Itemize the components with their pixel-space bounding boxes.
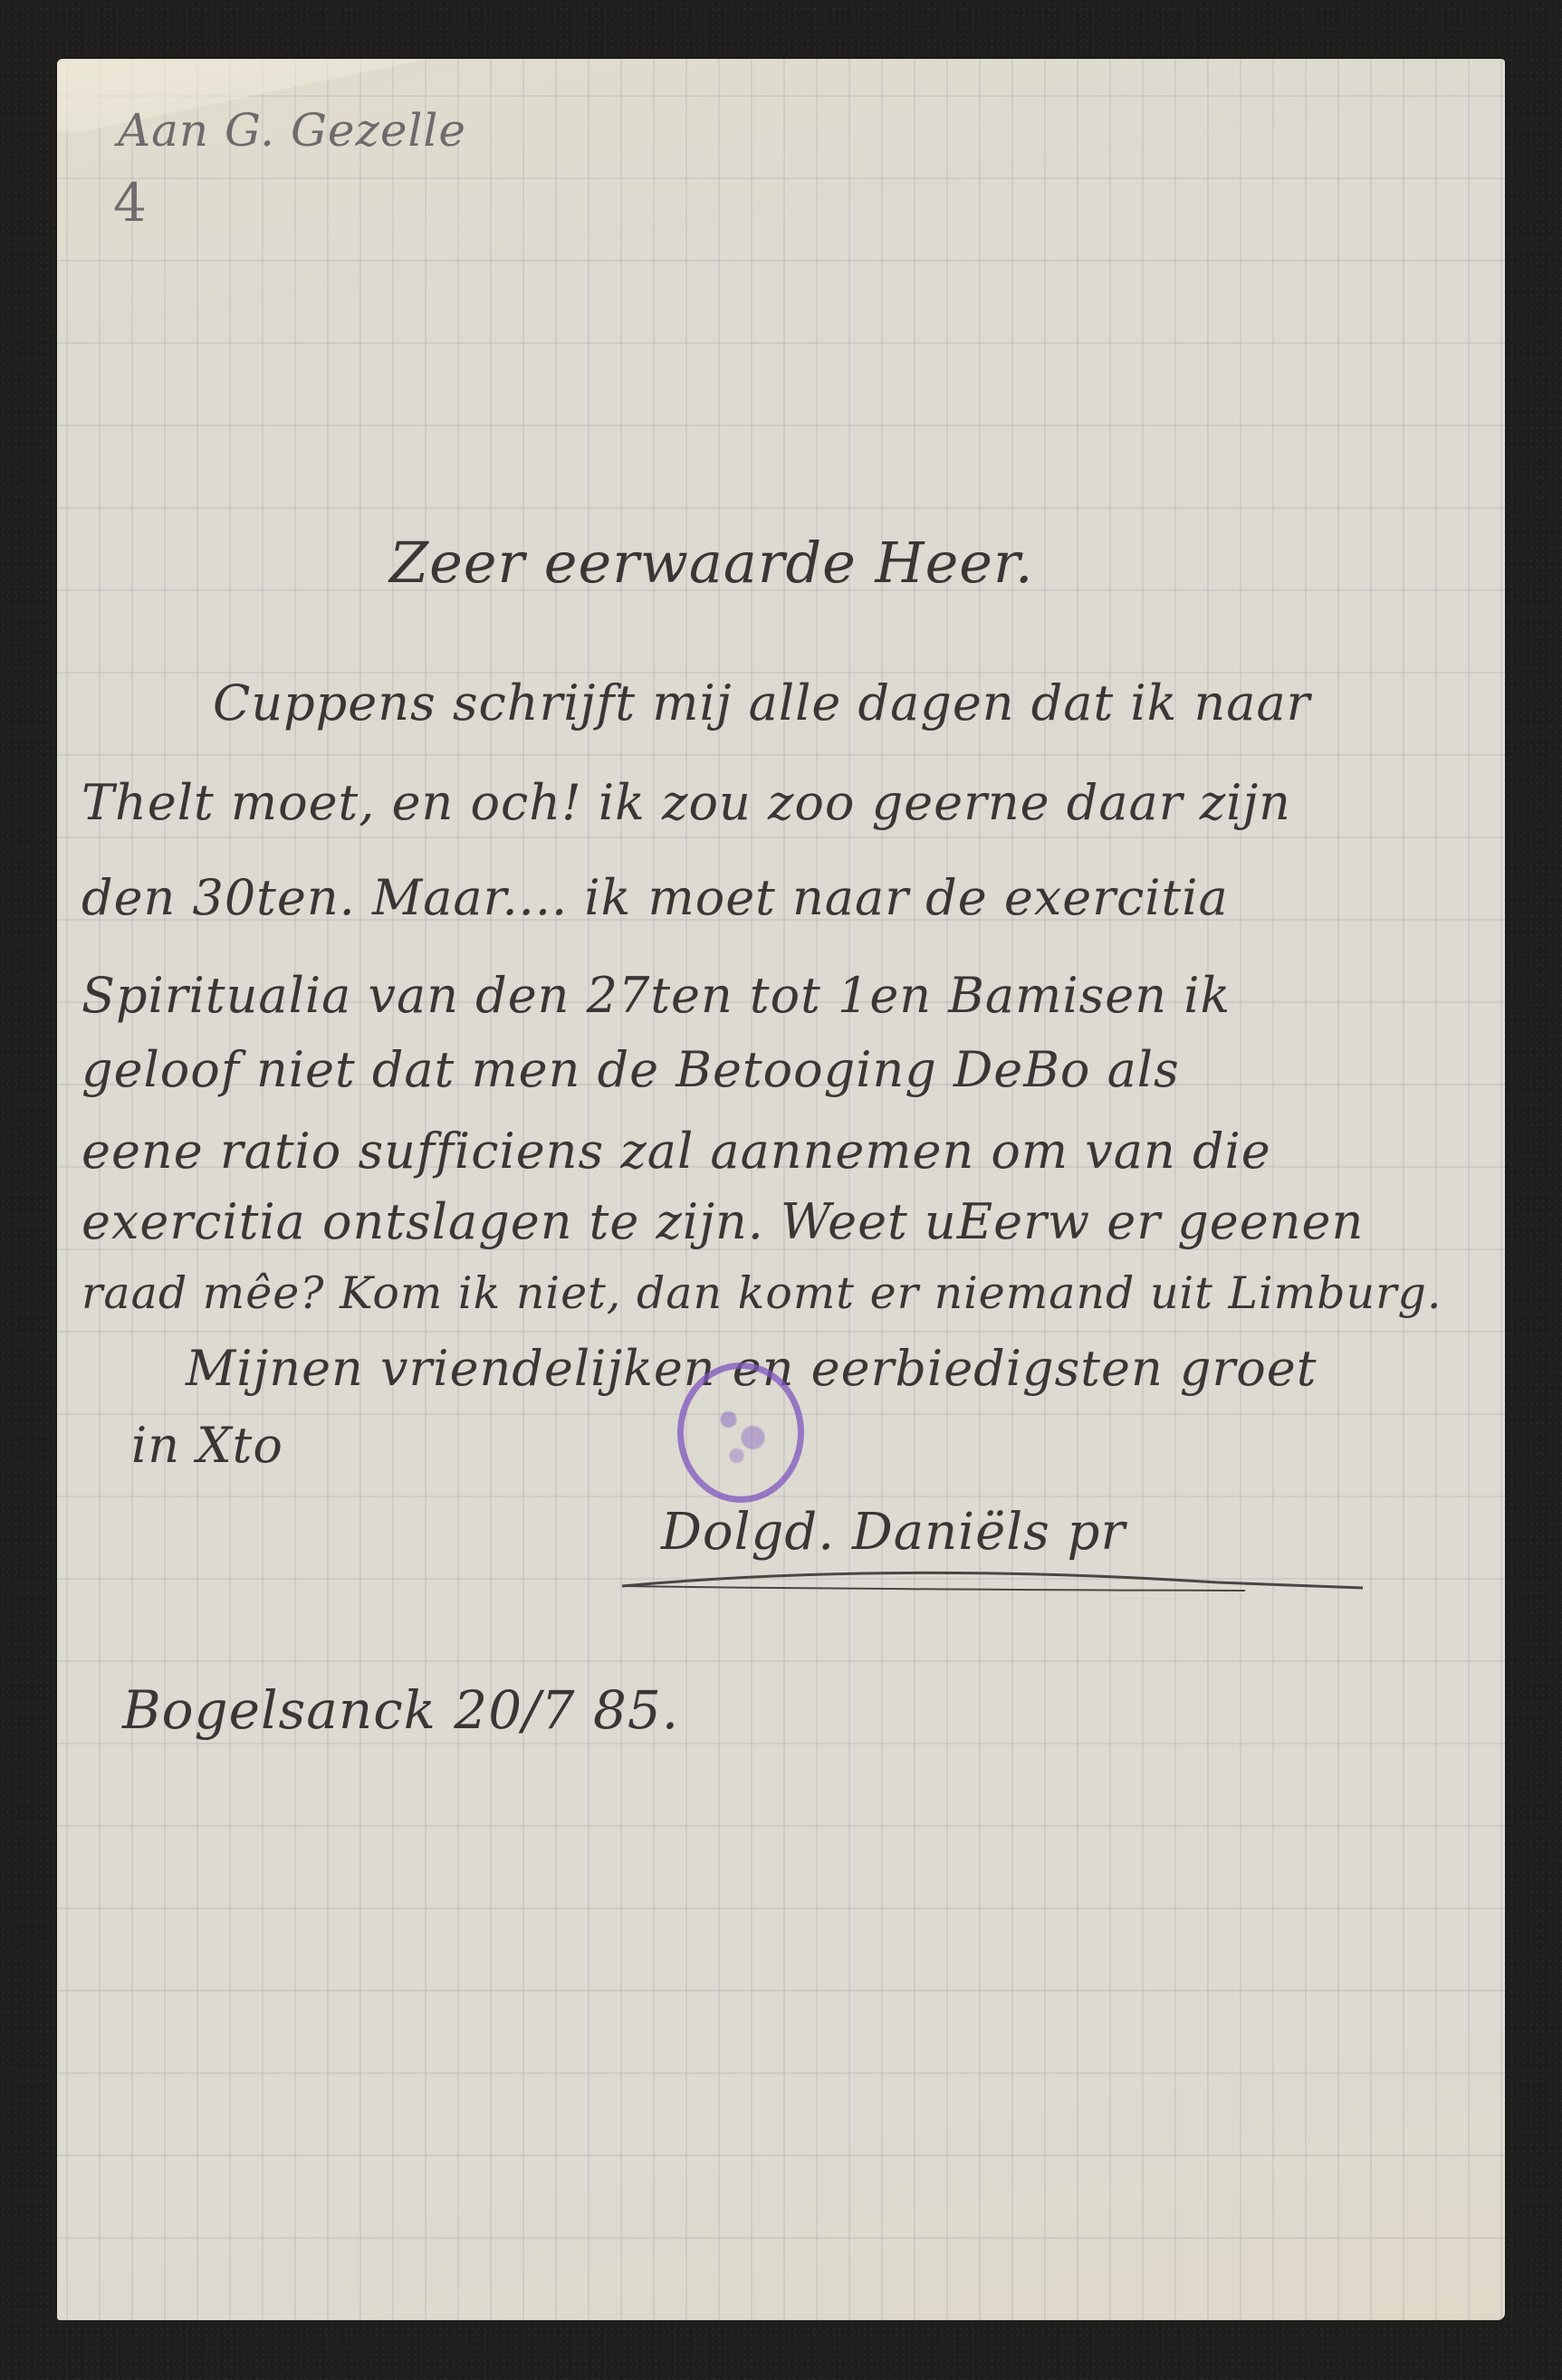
addressee-note: Aan G. Gezelle — [118, 104, 466, 157]
signature: Dolgd. Daniëls pr — [661, 1503, 1126, 1562]
letter-paper — [57, 59, 1505, 2320]
body-line: eene ratio sufficiens zal aannemen om va… — [81, 1123, 1271, 1180]
stamp-emblem — [700, 1388, 781, 1478]
body-line: raad mêe? Kom ik niet, dan komt er niema… — [81, 1267, 1442, 1319]
salutation: Zeer eerwaarde Heer. — [389, 530, 1034, 596]
number-mark: 4 — [113, 172, 148, 234]
body-line: Thelt moet, en och! ik zou zoo geerne da… — [81, 774, 1291, 831]
body-line: geloof niet dat men de Betooging DeBo al… — [81, 1041, 1180, 1098]
purple-stamp-icon — [677, 1362, 804, 1503]
body-line: den 30ten. Maar.... ik moet naar de exer… — [81, 869, 1229, 926]
body-line: Spiritualia van den 27ten tot 1en Bamise… — [81, 967, 1231, 1024]
body-line: Cuppens schrijft mij alle dagen dat ik n… — [213, 674, 1311, 731]
body-line: exercitia ontslagen te zijn. Weet uEerw … — [81, 1193, 1364, 1250]
signature-flourish-icon — [620, 1566, 1372, 1593]
closing-in-christo: in Xto — [131, 1417, 283, 1474]
place-date: Bogelsanck 20/7 85. — [122, 1679, 679, 1741]
